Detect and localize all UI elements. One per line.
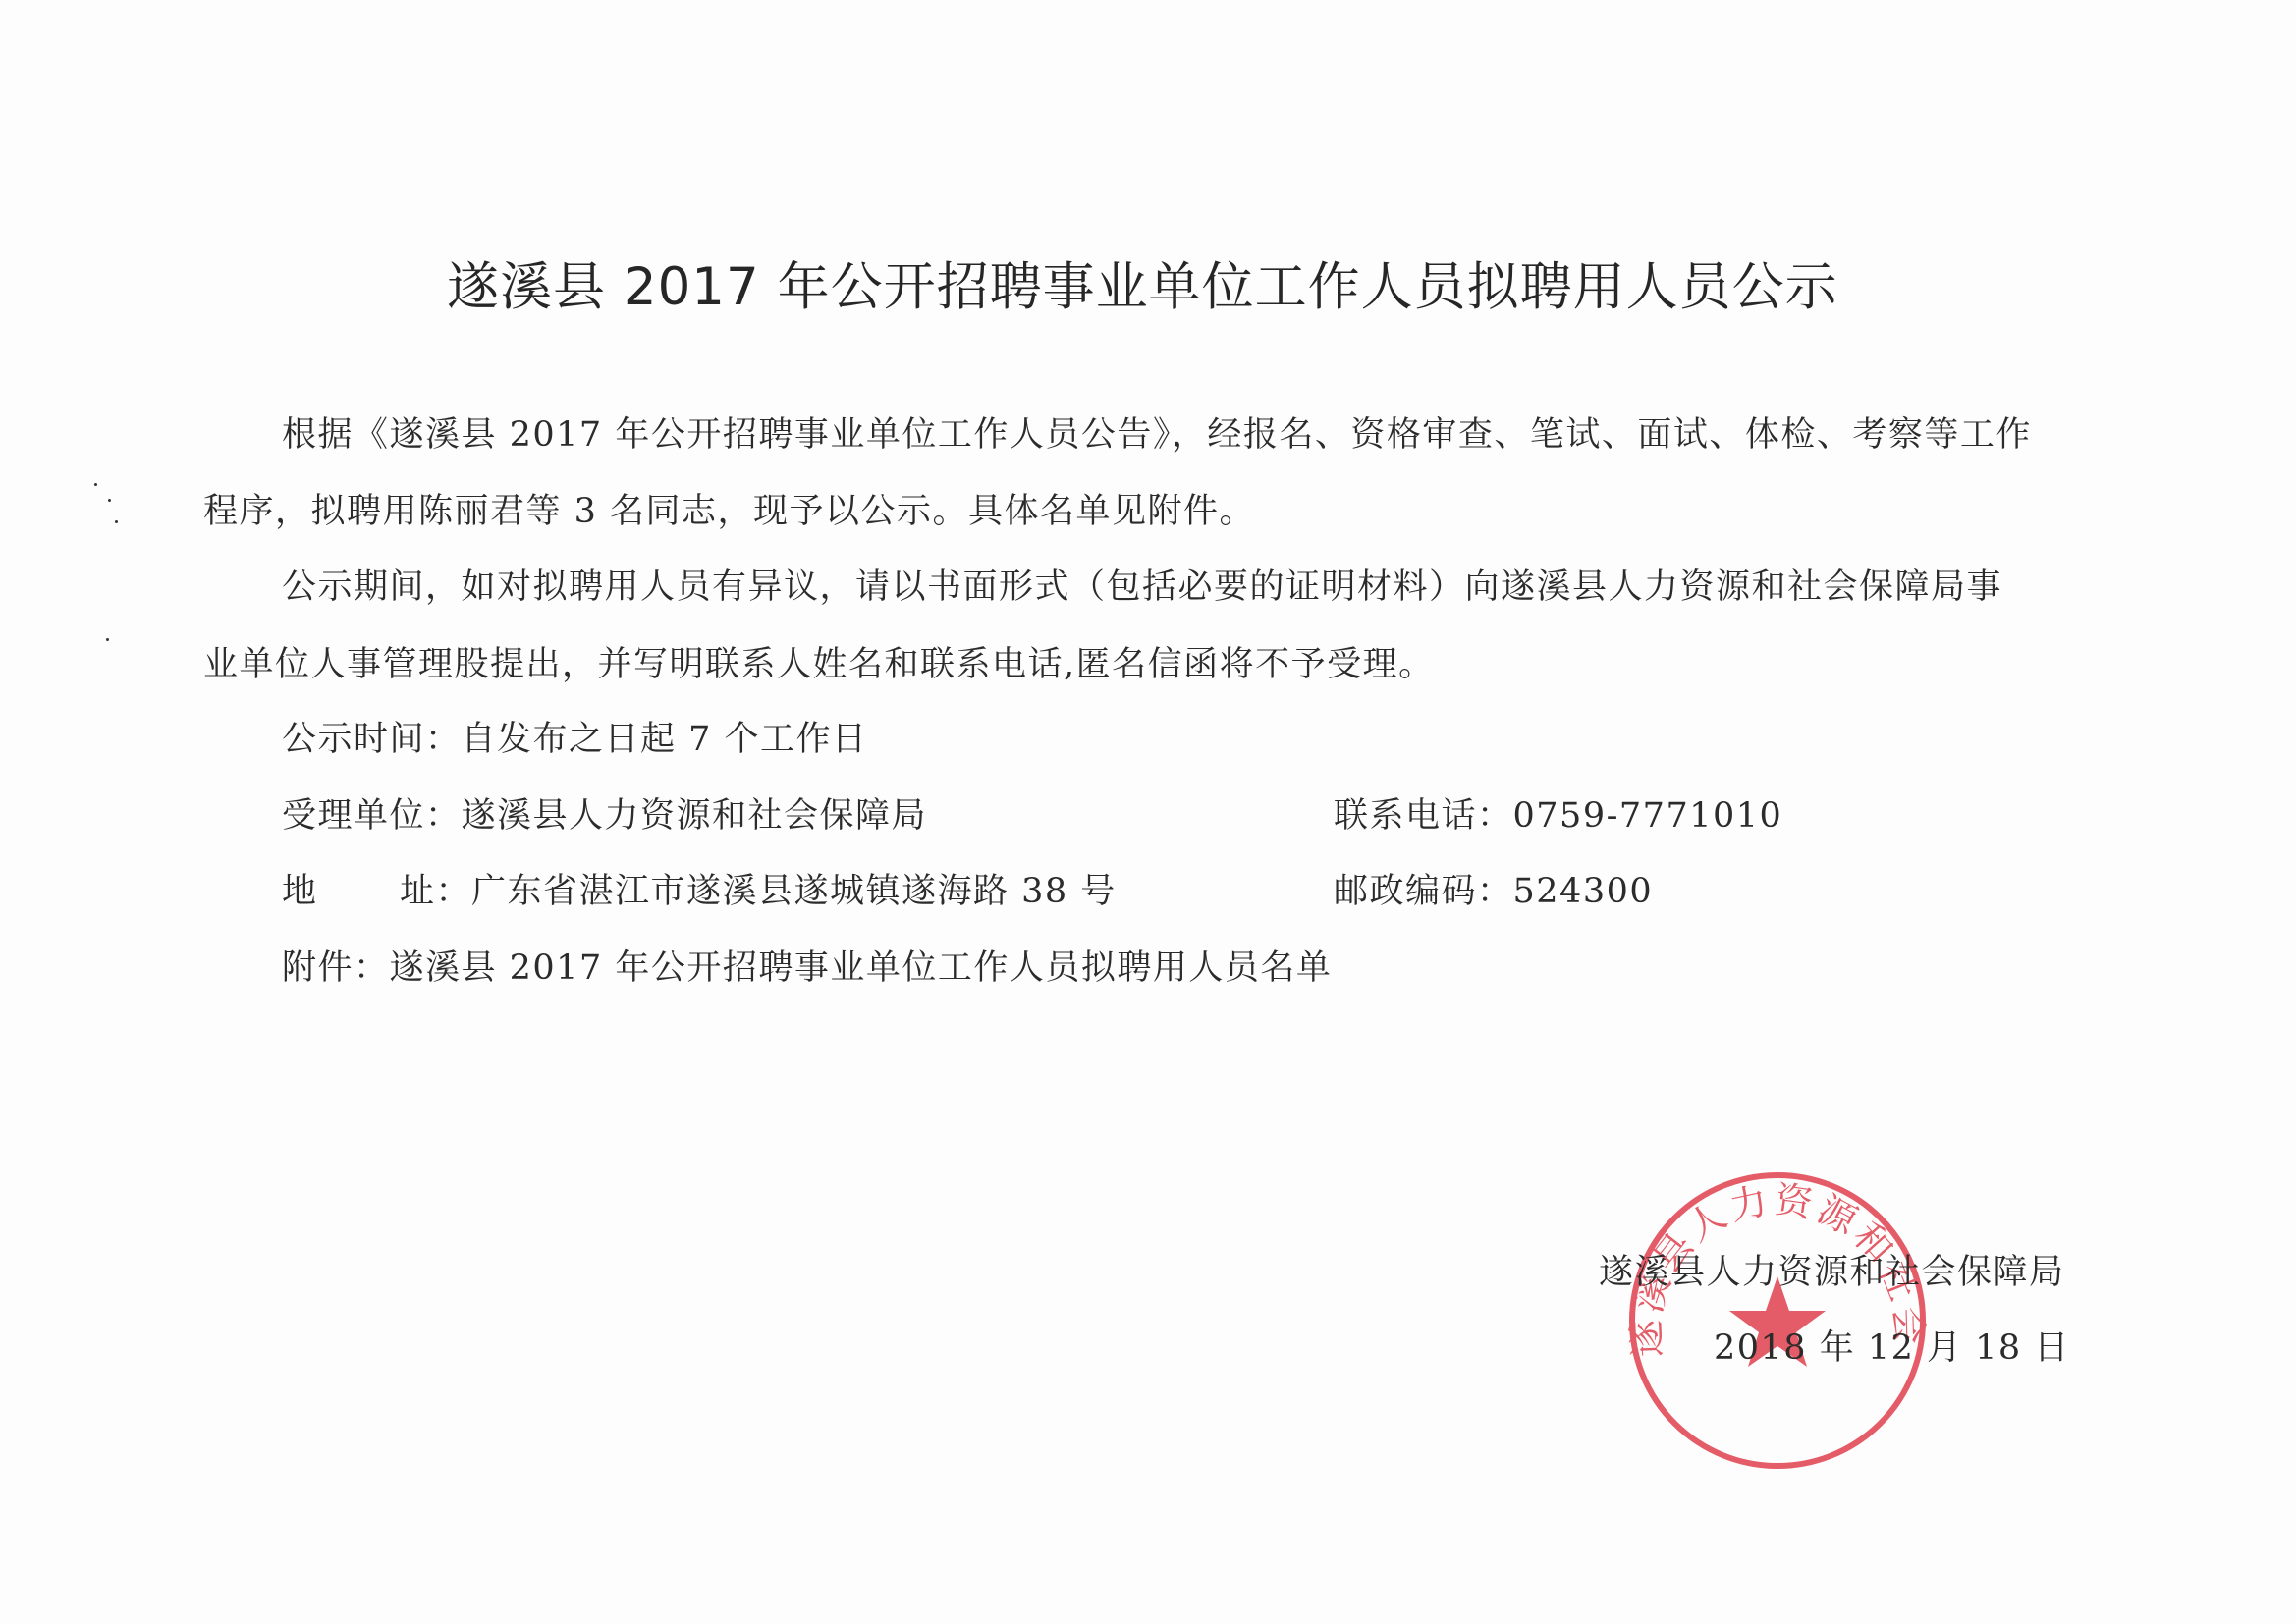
- postal-code-label: 邮政编码：: [1334, 872, 1513, 911]
- publicity-period-label: 公示时间：: [282, 720, 462, 759]
- publicity-period-value: 自发布之日起 7 个工作日: [462, 720, 868, 759]
- address: 地址：广东省湛江市遂溪县遂城镇遂海路 38 号: [282, 864, 1117, 913]
- address-label-part-1: 地: [282, 864, 400, 913]
- handling-unit-value: 遂溪县人力资源和社会保障局: [462, 796, 928, 836]
- handling-unit-label: 受理单位：: [282, 796, 462, 836]
- contact-phone: 联系电话：0759-7771010: [1334, 788, 1782, 838]
- contact-phone-label: 联系电话：: [1334, 796, 1513, 836]
- address-label-part-2: 址：: [400, 872, 471, 911]
- attachment-value: 遂溪县 2017 年公开招聘事业单位工作人员拟聘用人员名单: [390, 948, 1333, 988]
- paragraph-1-line-1: 根据《遂溪县 2017 年公开招聘事业单位工作人员公告》，经报名、资格审查、笔试…: [282, 407, 2032, 457]
- postal-code: 邮政编码：524300: [1334, 864, 1653, 913]
- scan-speck: [115, 520, 118, 523]
- scan-speck: [108, 499, 111, 502]
- signature-organization: 遂溪县人力资源和社会保障局: [1599, 1245, 2065, 1294]
- paragraph-1-line-2: 程序，拟聘用陈丽君等 3 名同志，现予以公示。具体名单见附件。: [203, 484, 1255, 533]
- signature-date: 2018 年 12 月 18 日: [1714, 1321, 2070, 1370]
- scan-speck: [106, 638, 109, 641]
- postal-code-value: 524300: [1513, 872, 1654, 911]
- scan-speck: [94, 483, 97, 486]
- contact-phone-value: 0759-7771010: [1513, 796, 1783, 836]
- publicity-period: 公示时间：自发布之日起 7 个工作日: [282, 712, 868, 761]
- attachment-label: 附件：: [282, 948, 390, 988]
- handling-unit: 受理单位：遂溪县人力资源和社会保障局: [282, 788, 927, 838]
- paragraph-2-line-1: 公示期间，如对拟聘用人员有异议，请以书面形式（包括必要的证明材料）向遂溪县人力资…: [282, 560, 2002, 609]
- attachment: 附件：遂溪县 2017 年公开招聘事业单位工作人员拟聘用人员名单: [282, 941, 1332, 990]
- paragraph-2-line-2: 业单位人事管理股提出，并写明联系人姓名和联系电话,匿名信函将不予受理。: [203, 637, 1435, 686]
- page-title: 遂溪县 2017 年公开招聘事业单位工作人员拟聘用人员公示: [447, 245, 1838, 320]
- address-value: 广东省湛江市遂溪县遂城镇遂海路 38 号: [471, 872, 1117, 911]
